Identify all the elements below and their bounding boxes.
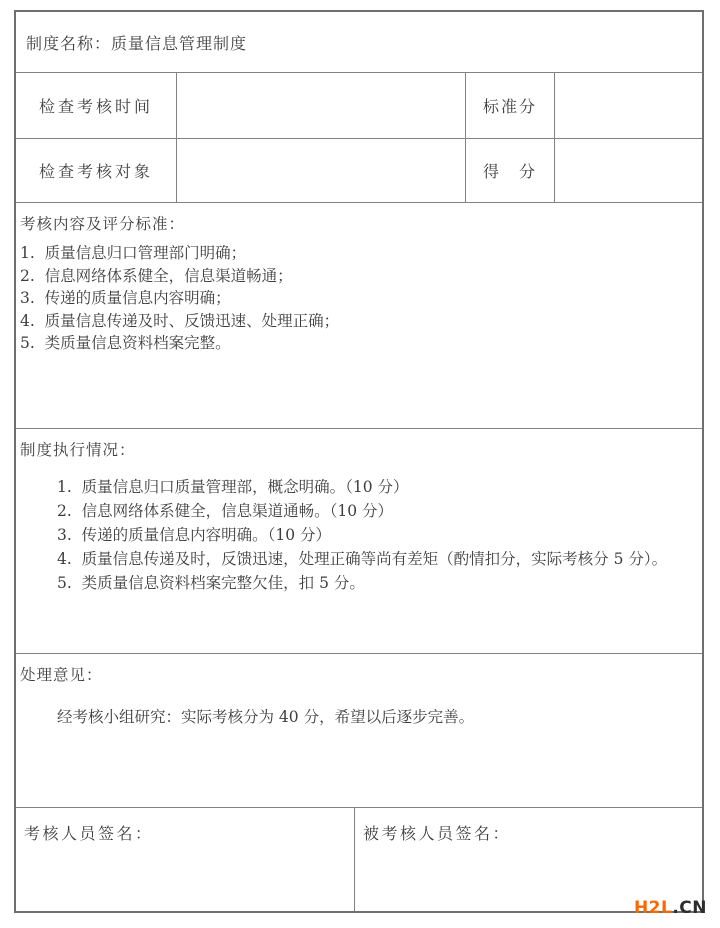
- check-time-label: 检查考核时间: [16, 73, 176, 138]
- execution-item: 3. 传递的质量信息内容明确。（10 分）: [57, 523, 696, 547]
- section-execution: 制度执行情况： 1. 质量信息归口质量管理部，概念明确。（10 分） 2. 信息…: [16, 428, 702, 653]
- execution-item: 4. 质量信息传递及时，反馈迅速，处理正确等尚有差矩（酌情扣分，实际考核分 5 …: [57, 547, 696, 571]
- site-watermark: H2L.CN: [634, 900, 707, 917]
- assessee-signature-cell: 被考核人员签名：: [354, 808, 702, 911]
- standard-score-label: 标准分: [465, 73, 554, 138]
- criteria-item: 2. 信息网络体系健全，信息渠道畅通；: [20, 265, 696, 288]
- execution-item: 5. 类质量信息资料档案完整欠佳，扣 5 分。: [57, 571, 696, 595]
- section-criteria: 考核内容及评分标准： 1. 质量信息归口管理部门明确； 2. 信息网络体系健全，…: [16, 202, 702, 428]
- criteria-item: 4. 质量信息传递及时、反馈迅速、处理正确；: [20, 310, 696, 333]
- criteria-item: 3. 传递的质量信息内容明确；: [20, 287, 696, 310]
- criteria-cell: 考核内容及评分标准： 1. 质量信息归口管理部门明确； 2. 信息网络体系健全，…: [16, 203, 702, 428]
- execution-cell: 制度执行情况： 1. 质量信息归口质量管理部，概念明确。（10 分） 2. 信息…: [16, 429, 702, 653]
- execution-list: 1. 质量信息归口质量管理部，概念明确。（10 分） 2. 信息网络体系健全，信…: [20, 475, 696, 595]
- watermark-primary-text: H2L: [634, 898, 672, 918]
- criteria-heading: 考核内容及评分标准：: [20, 213, 696, 235]
- check-time-value: [176, 73, 465, 138]
- execution-item: 2. 信息网络体系健全，信息渠道通畅。（10 分）: [57, 499, 696, 523]
- obtained-score-label: 得 分: [465, 139, 554, 202]
- section-opinion: 处理意见： 经考核小组研究：实际考核分为 40 分，希望以后逐步完善。: [16, 653, 702, 807]
- assessor-signature-cell: 考核人员签名：: [16, 808, 354, 911]
- check-target-value: [176, 139, 465, 202]
- row-check-target: 检查考核对象 得 分: [16, 138, 702, 202]
- criteria-list: 1. 质量信息归口管理部门明确； 2. 信息网络体系健全，信息渠道畅通； 3. …: [20, 242, 696, 355]
- signature-row: 考核人员签名： 被考核人员签名：: [16, 807, 702, 911]
- obtained-score-value: [554, 139, 702, 202]
- opinion-cell: 处理意见： 经考核小组研究：实际考核分为 40 分，希望以后逐步完善。: [16, 654, 702, 807]
- execution-item: 1. 质量信息归口质量管理部，概念明确。（10 分）: [57, 475, 696, 499]
- form-title: 制度名称：质量信息管理制度: [16, 12, 702, 72]
- standard-score-value: [554, 73, 702, 138]
- check-target-label: 检查考核对象: [16, 139, 176, 202]
- opinion-heading: 处理意见：: [20, 664, 696, 686]
- criteria-item: 5. 类质量信息资料档案完整。: [20, 332, 696, 355]
- document-page: 制度名称：质量信息管理制度 检查考核时间 标准分 检查考核对象 得 分 考核内容…: [0, 0, 720, 928]
- watermark-secondary-text: .CN: [672, 898, 707, 918]
- opinion-body: 经考核小组研究：实际考核分为 40 分，希望以后逐步完善。: [20, 706, 696, 728]
- title-row: 制度名称：质量信息管理制度: [16, 12, 702, 72]
- execution-heading: 制度执行情况：: [20, 439, 696, 461]
- assessor-signature-label: 考核人员签名：: [24, 824, 154, 843]
- assessment-form-table: 制度名称：质量信息管理制度 检查考核时间 标准分 检查考核对象 得 分 考核内容…: [14, 10, 704, 913]
- assessee-signature-label: 被考核人员签名：: [363, 824, 511, 843]
- criteria-item: 1. 质量信息归口管理部门明确；: [20, 242, 696, 265]
- row-check-time: 检查考核时间 标准分: [16, 72, 702, 138]
